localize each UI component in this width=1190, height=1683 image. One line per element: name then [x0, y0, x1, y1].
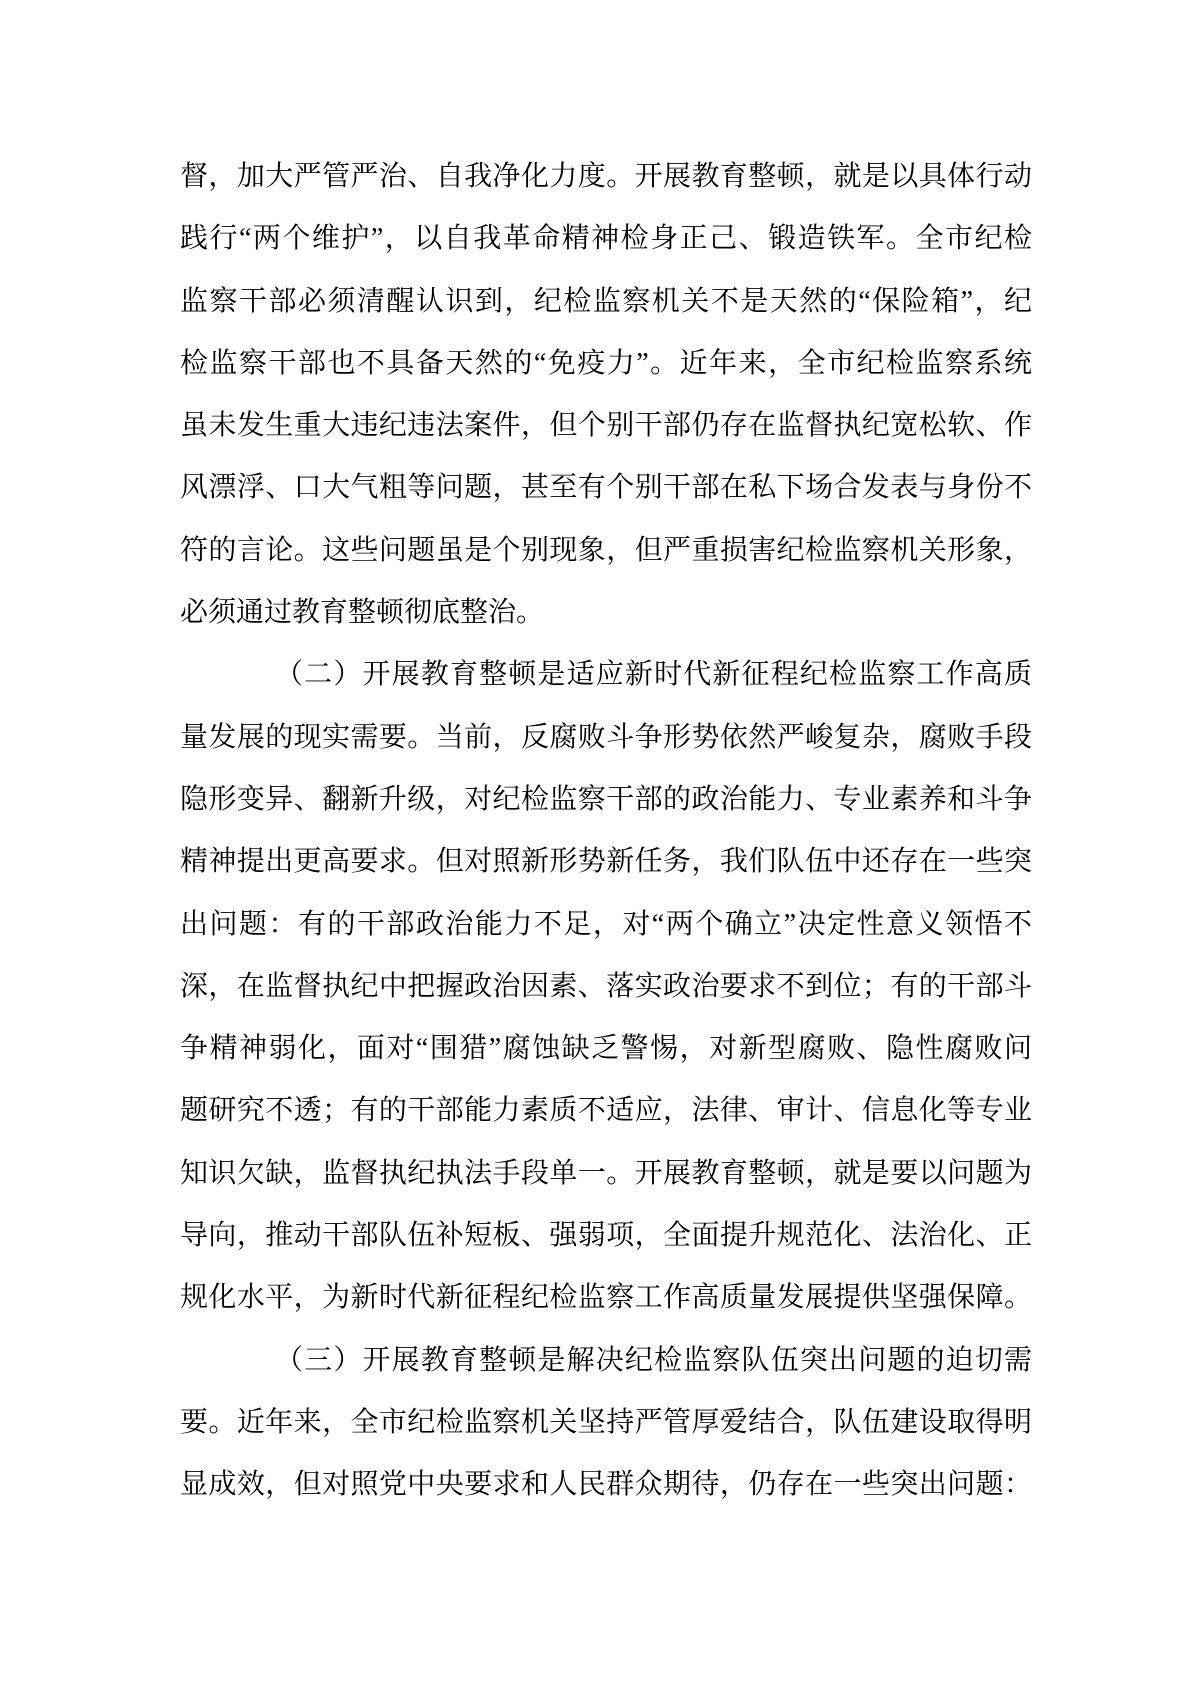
- text-line: 隐形变异、翻新升级，对纪检监察干部的政治能力、专业素养和斗争: [180, 769, 1032, 831]
- text-line: 风漂浮、口大气粗等问题，甚至有个别干部在私下场合发表与身份不: [180, 457, 1032, 519]
- text-line: 争精神弱化，面对“围猎”腐蚀缺乏警惕，对新型腐败、隐性腐败问: [180, 1018, 1032, 1080]
- text-line: 符的言论。这些问题虽是个别现象，但严重损害纪检监察机关形象，: [180, 520, 1032, 582]
- text-line: 虽未发生重大违纪违法案件，但个别干部仍存在监督执纪宽松软、作: [180, 395, 1032, 457]
- text-line: （二）开展教育整顿是适应新时代新征程纪检监察工作高质: [180, 644, 1032, 706]
- paragraph-3: （三）开展教育整顿是解决纪检监察队伍突出问题的迫切需 要。近年来，全市纪检监察机…: [180, 1330, 1032, 1517]
- text-line: 督，加大严管严治、自我净化力度。开展教育整顿，就是以具体行动: [180, 146, 1032, 208]
- text-line: 检监察干部也不具备天然的“免疫力”。近年来，全市纪检监察系统: [180, 333, 1032, 395]
- document-page: 督，加大严管严治、自我净化力度。开展教育整顿，就是以具体行动 践行“两个维护”，…: [0, 0, 1190, 1683]
- text-line: 规化水平，为新时代新征程纪检监察工作高质量发展提供坚强保障。: [180, 1267, 1032, 1329]
- text-line: 深，在监督执纪中把握政治因素、落实政治要求不到位；有的干部斗: [180, 956, 1032, 1018]
- text-line: 监察干部必须清醒认识到，纪检监察机关不是天然的“保险箱”，纪: [180, 271, 1032, 333]
- paragraph-1: 督，加大严管严治、自我净化力度。开展教育整顿，就是以具体行动 践行“两个维护”，…: [180, 146, 1032, 644]
- text-line: 要。近年来，全市纪检监察机关坚持严管厚爱结合，队伍建设取得明: [180, 1392, 1032, 1454]
- text-line: 出问题：有的干部政治能力不足，对“两个确立”决定性意义领悟不: [180, 894, 1032, 956]
- text-line: 导向，推动干部队伍补短板、强弱项，全面提升规范化、法治化、正: [180, 1205, 1032, 1267]
- text-line: 量发展的现实需要。当前，反腐败斗争形势依然严峻复杂，腐败手段: [180, 707, 1032, 769]
- text-line: 精神提出更高要求。但对照新形势新任务，我们队伍中还存在一些突: [180, 831, 1032, 893]
- text-line: 显成效，但对照党中央要求和人民群众期待，仍存在一些突出问题：: [180, 1454, 1032, 1516]
- document-text-body: 督，加大严管严治、自我净化力度。开展教育整顿，就是以具体行动 践行“两个维护”，…: [180, 146, 1032, 1517]
- text-line: 题研究不透；有的干部能力素质不适应，法律、审计、信息化等专业: [180, 1080, 1032, 1142]
- text-line: 知识欠缺，监督执纪执法手段单一。开展教育整顿，就是要以问题为: [180, 1143, 1032, 1205]
- text-line: （三）开展教育整顿是解决纪检监察队伍突出问题的迫切需: [180, 1330, 1032, 1392]
- paragraph-2: （二）开展教育整顿是适应新时代新征程纪检监察工作高质 量发展的现实需要。当前，反…: [180, 644, 1032, 1329]
- text-line: 践行“两个维护”，以自我革命精神检身正己、锻造铁军。全市纪检: [180, 208, 1032, 270]
- text-line: 必须通过教育整顿彻底整治。: [180, 582, 1032, 644]
